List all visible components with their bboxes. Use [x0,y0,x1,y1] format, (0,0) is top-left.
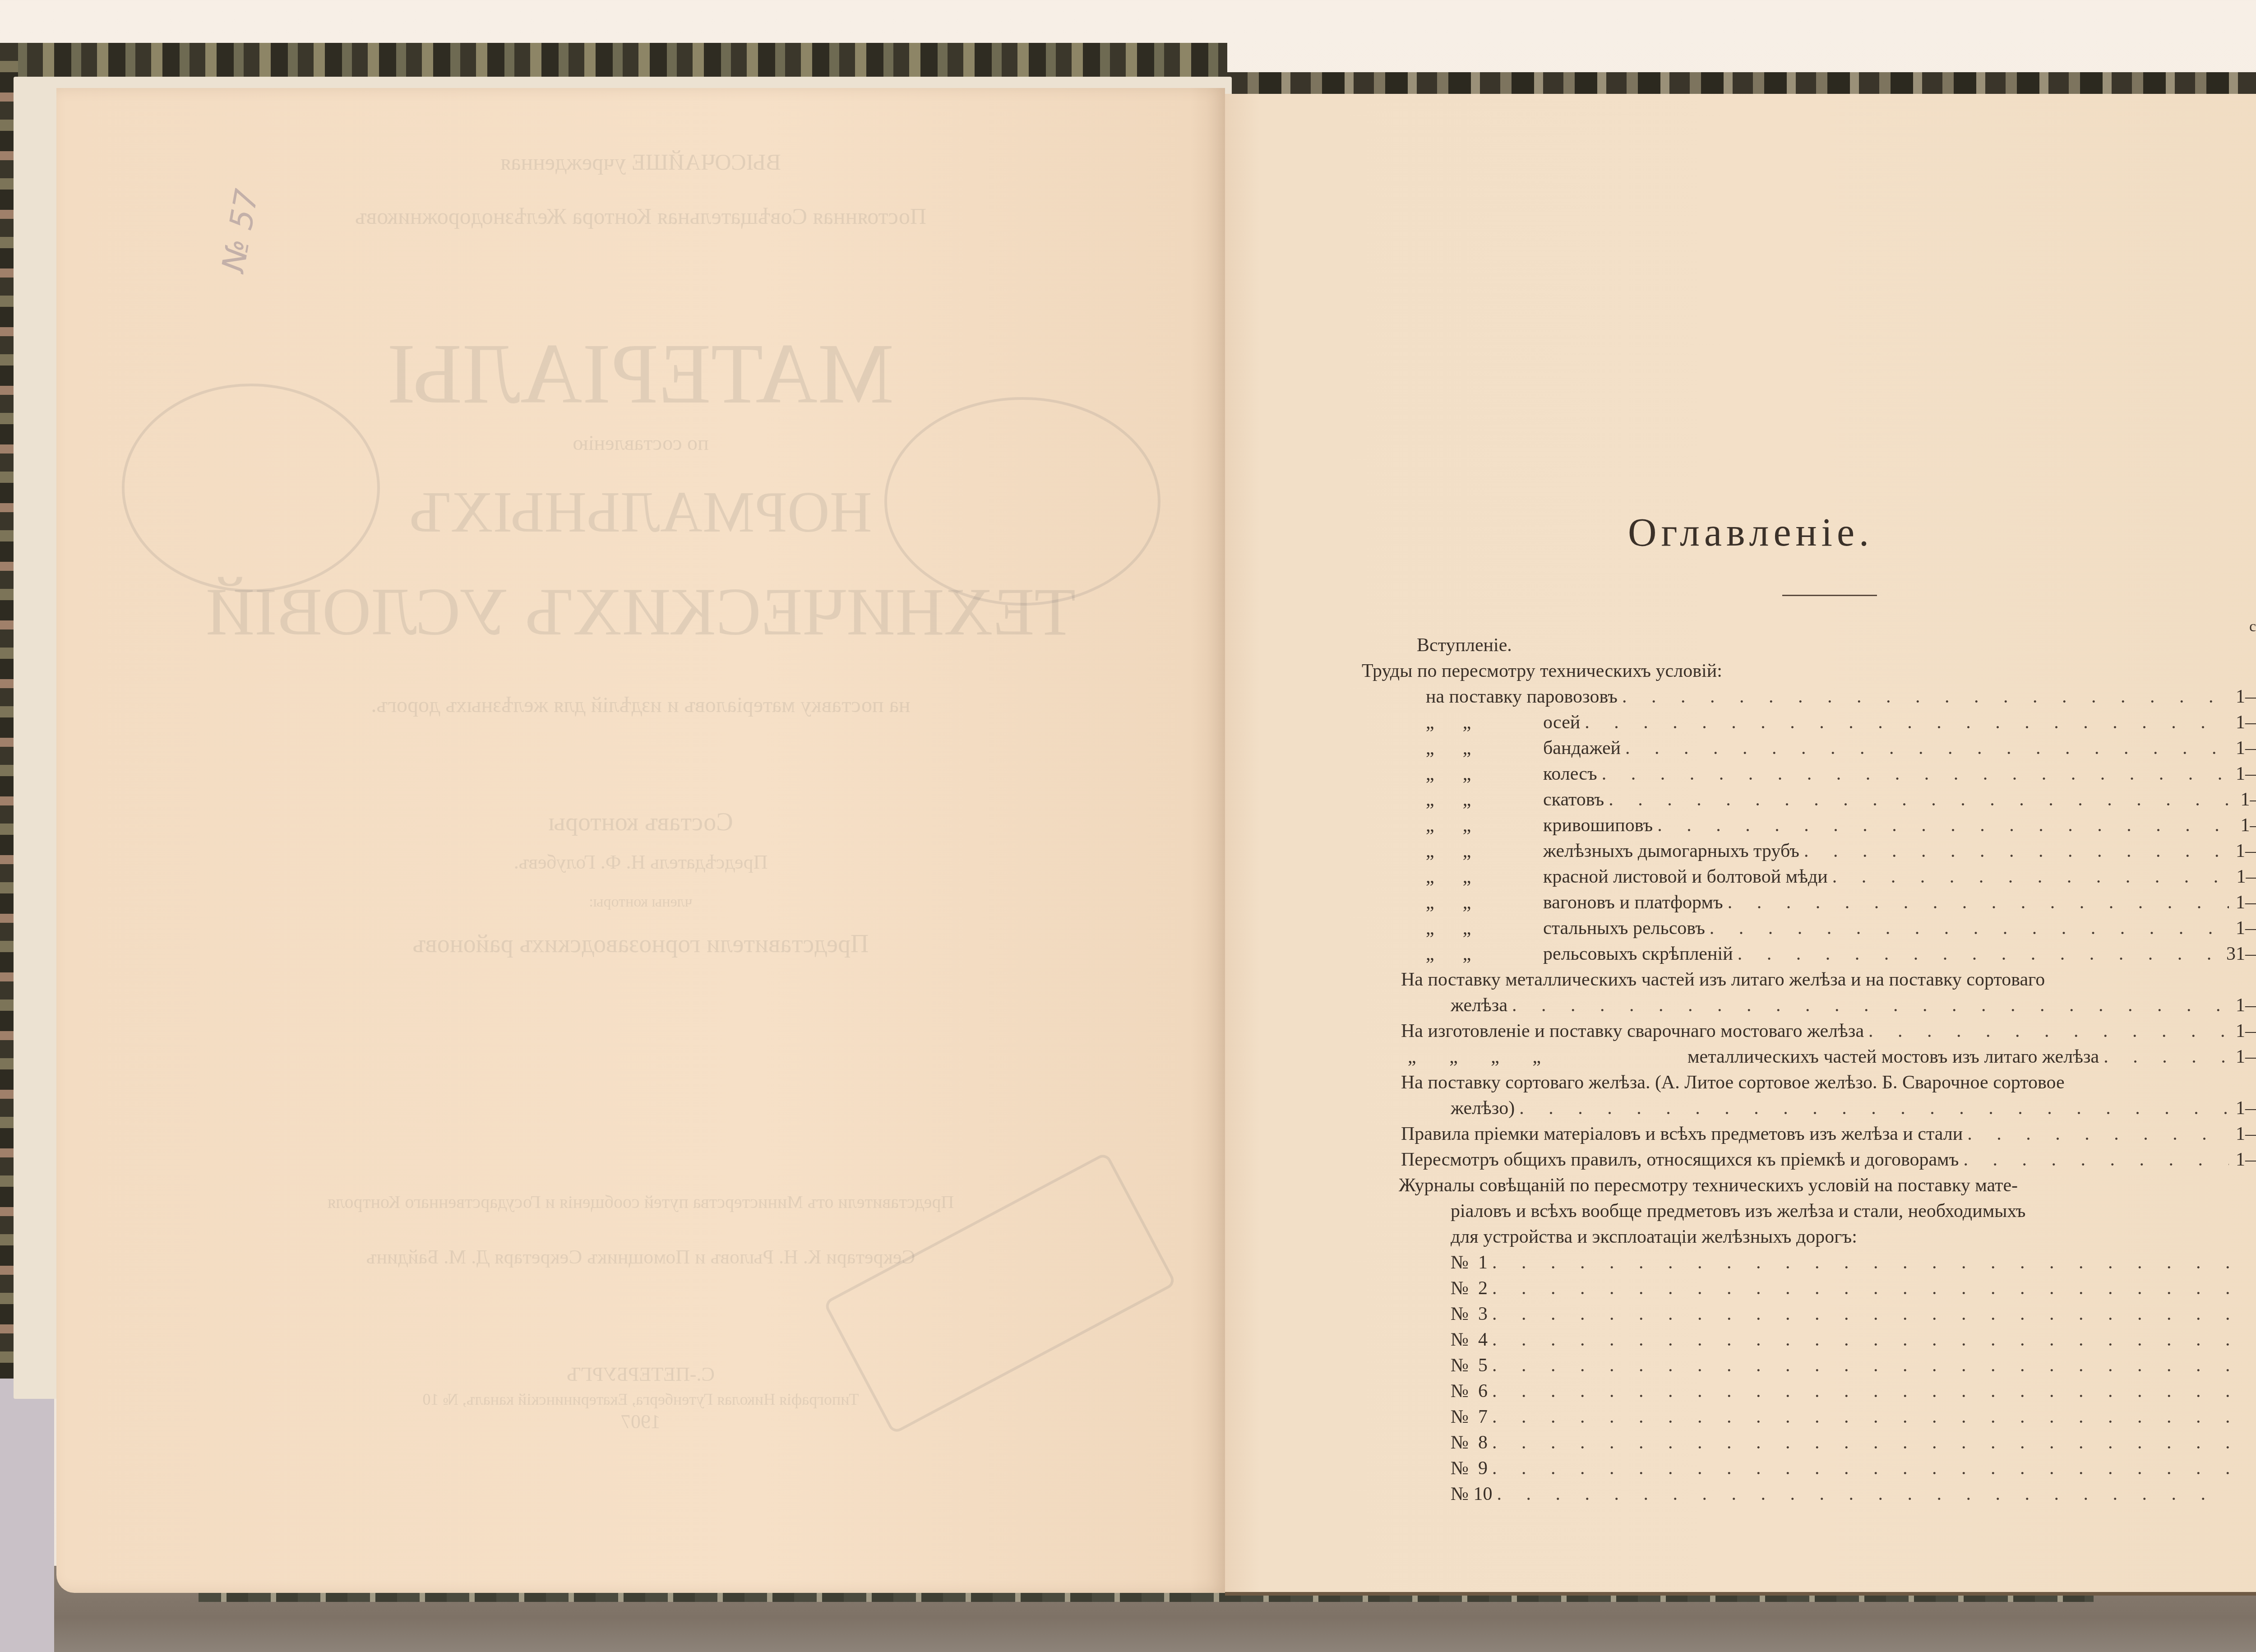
dot-leader [1492,1301,2229,1327]
toc-entry-label: № 7 [1451,1404,1488,1430]
toc-entry-label: колесъ [1543,761,1597,787]
toc-entry-pages: 9 [2233,1276,2256,1301]
toc-entry-pages: 31 [2233,1353,2256,1379]
toc-entry: „ „стальныхъ рельсовъ1—30 [1426,916,2256,941]
toc-entry: для устройства и эксплоатаціи желѣзныхъ … [1451,1224,1857,1250]
toc-entry-pages: 1—22 [2233,890,2256,916]
dot-leader [1602,761,2229,787]
ditto-marks: „ „ [1426,813,1543,838]
toc-entry-label: бандажей [1543,736,1621,761]
dot-leader [1492,1353,2229,1379]
dot-leader [1609,787,2229,813]
dot-leader [1492,1276,2229,1301]
dot-leader [1622,684,2229,710]
toc-entry: На изготовленіе и поставку сварочнаго мо… [1401,1018,2256,1044]
dot-leader [1657,813,2229,838]
toc-entry: „ „осей1—10 [1426,710,2256,736]
toc-entry: Журналы совѣщаній по пересмотру техничес… [1399,1173,2018,1199]
toc-entry-pages: 1—30 [2233,916,2256,941]
toc-entry-label: металлическихъ частей мостовъ изъ литаго… [1687,1044,2099,1070]
toc-entry-pages: 63 [2233,1456,2256,1481]
page-column-header: стр. [2249,618,2256,635]
toc-entry-label: № 9 [1451,1456,1488,1481]
toc-entry-label: Правила пріемки матеріаловъ и всѣхъ пред… [1401,1121,1963,1147]
toc-entry-label: № 10 [1451,1481,1493,1507]
title-rule [1782,595,1877,596]
toc-entry-label: № 3 [1451,1301,1488,1327]
ditto-marks: „ „ [1426,941,1543,967]
toc-entry-pages: 1—80 [2233,684,2256,710]
toc-entry: „ „ „ „металлическихъ частей мостовъ изъ… [1408,1044,2256,1070]
dot-leader [1804,838,2229,864]
dot-leader [1967,1121,2229,1147]
toc-entry-pages: 1—11 [2233,864,2256,890]
dot-leader [1728,890,2229,916]
dot-leader [1492,1430,2229,1456]
toc-entry-label: Труды по пересмотру техническихъ условій… [1362,658,1722,684]
toc-entry-label: № 8 [1451,1430,1488,1456]
toc-entry: На поставку сортоваго желѣза. (А. Литое … [1401,1070,2065,1096]
toc-entry: „ „красной листовой и болтовой мѣди1—11 [1426,864,2256,890]
show-through-line: Типографія Николая Гутенберга, Екатерини… [117,1390,1164,1409]
toc-entry-label: Вступленіе. [1417,633,1512,658]
ditto-marks: „ „ „ „ [1408,1044,1687,1070]
toc-entry: На поставку металлическихъ частей изъ ли… [1401,967,2045,993]
toc-entry-label: для устройства и эксплоатаціи желѣзныхъ … [1451,1224,1857,1250]
toc-entry: № 315 [1451,1301,2256,1327]
toc-entry-pages: 1—20 [2233,838,2256,864]
toc-entry-label: рельсовыхъ скрѣпленій [1543,941,1733,967]
toc-entry-pages: 1 [2233,1250,2256,1276]
show-through-line: члены конторы: [117,893,1164,911]
ditto-marks: „ „ [1426,838,1543,864]
toc-entry-label: скатовъ [1543,787,1604,813]
toc-entry-label: на поставку паровозовъ [1426,684,1618,710]
toc-entry-label: № 4 [1451,1327,1488,1353]
toc-entry-label: № 6 [1451,1379,1488,1404]
toc-entry-pages: 15 [2233,1301,2256,1327]
toc-entry: „ „желѣзныхъ дымогарныхъ трубъ1—20 [1426,838,2256,864]
dot-leader [1868,1018,2229,1044]
dot-leader [1492,1250,2229,1276]
dot-leader [1963,1147,2229,1173]
show-through-line: Представители горнозаводскихъ районовъ [117,930,1164,958]
toc-entry-pages: 1—10 [2233,736,2256,761]
dot-leader [1497,1481,2229,1507]
dot-leader [1492,1456,2229,1481]
toc-entry-pages: 1—32 [2233,993,2256,1018]
ditto-marks: „ „ [1426,916,1543,941]
show-through-line: на поставку матеріаловъ и издѣлій для же… [117,693,1164,717]
cover-marbled-top-right [1227,72,2256,95]
show-through-line: Постоянная Совѣщательная Контора Желѣзно… [117,203,1164,229]
library-stamp-right [884,397,1160,606]
dot-leader [1519,1096,2229,1121]
toc-entry: Пересмотръ общихъ правилъ, относящихся к… [1401,1147,2256,1173]
library-stamp-left [122,384,380,592]
toc-entry-label: желѣзо) [1451,1096,1515,1121]
toc-entry-label: желѣзныхъ дымогарныхъ трубъ [1543,838,1799,864]
toc-entry: № 11 [1451,1250,2256,1276]
toc-entry: „ „бандажей1—10 [1426,736,2256,761]
toc-entry: № 639 [1451,1379,2256,1404]
dot-leader [1738,941,2222,967]
toc-entry: Вступленіе. [1417,633,1512,658]
show-through-line: Предсѣдатель Н. Ф. Голубевъ. [117,851,1164,874]
toc-entry: № 743 [1451,1404,2256,1430]
toc-entry-label: На поставку сортоваго желѣза. (А. Литое … [1401,1070,2065,1096]
cover-marbled-top-left [0,43,1227,79]
toc-entry-label: № 2 [1451,1276,1488,1301]
toc-entry-label: красной листовой и болтовой мѣди [1543,864,1828,890]
dot-leader [1492,1379,2229,1404]
toc-entry: желѣза1—32 [1451,993,2256,1018]
toc-entry-label: На изготовленіе и поставку сварочнаго мо… [1401,1018,1864,1044]
show-through-line: Составъ конторы [117,808,1164,837]
toc-entry-label: кривошиповъ [1543,813,1653,838]
ditto-marks: „ „ [1426,864,1543,890]
dot-leader [1832,864,2229,890]
toc-entry: „ „рельсовыхъ скрѣпленій31—70 [1426,941,2256,967]
toc-entry: Правила пріемки матеріаловъ и всѣхъ пред… [1401,1121,2256,1147]
toc-entry: № 29 [1451,1276,2256,1301]
toc-entry: „ „колесъ1—10 [1426,761,2256,787]
ditto-marks: „ „ [1426,710,1543,736]
toc-entry: Труды по пересмотру техническихъ условій… [1362,658,1722,684]
toc-entry: желѣзо)1—18 [1451,1096,2256,1121]
toc-entry-label: № 1 [1451,1250,1488,1276]
toc-entry-pages: 1—22 [2233,1044,2256,1070]
toc-entry: ріаловъ и всѣхъ вообще предметовъ изъ же… [1451,1199,2026,1224]
show-through-line: ВЫСОЧАЙШЕ учрежденная [117,149,1164,175]
dot-leader [2103,1044,2229,1070]
toc-entry: „ „вагоновъ и платформъ1—22 [1426,890,2256,916]
toc-entry-pages: 57 [2233,1430,2256,1456]
toc-entry-label: № 5 [1451,1353,1488,1379]
toc-entry: № 963 [1451,1456,2256,1481]
toc-entry-pages: 1— 3 [2233,813,2256,838]
toc-entry-pages: 39 [2233,1379,2256,1404]
dot-leader [1492,1327,2229,1353]
toc-entry: на поставку паровозовъ1—80 [1426,684,2256,710]
toc-entry-pages: 1—18 [2233,1096,2256,1121]
dot-leader [1625,736,2229,761]
toc-entry-label: Пересмотръ общихъ правилъ, относящихся к… [1401,1147,1959,1173]
toc-entry: „ „кривошиповъ1— 3 [1426,813,2256,838]
toc-entry-pages: 1—29 [2233,1018,2256,1044]
toc-entry-label: вагоновъ и платформъ [1543,890,1723,916]
toc-entry-pages: 1—10 [2233,710,2256,736]
toc-title: Оглавленіе. [1534,510,1967,555]
ditto-marks: „ „ [1426,736,1543,761]
toc-entry-pages: 1—46 [2233,1121,2256,1147]
toc-entry: № 531 [1451,1353,2256,1379]
toc-entry-label: осей [1543,710,1580,736]
toc-entry: № 423 [1451,1327,2256,1353]
toc-entry-pages: 1— 4 [2233,787,2256,813]
toc-entry-pages: 31—70 [2226,941,2256,967]
toc-entry-pages: 69 [2233,1481,2256,1507]
toc-entry-pages: 23 [2233,1327,2256,1353]
ditto-marks: „ „ [1426,787,1543,813]
toc-entry: „ „скатовъ1— 4 [1426,787,2256,813]
toc-entry: № 1069 [1451,1481,2256,1507]
toc-entry-label: На поставку металлическихъ частей изъ ли… [1401,967,2045,993]
dot-leader [1512,993,2229,1018]
toc-entry-pages: 1—48 [2233,1147,2256,1173]
toc-entry-label: Журналы совѣщаній по пересмотру техничес… [1399,1173,2018,1199]
dot-leader [1585,710,2229,736]
toc-entry-pages: 1—10 [2233,761,2256,787]
toc-entry-pages: 43 [2233,1404,2256,1430]
toc-entry-label: ріаловъ и всѣхъ вообще предметовъ изъ же… [1451,1199,2026,1224]
ditto-marks: „ „ [1426,890,1543,916]
toc-entry: № 857 [1451,1430,2256,1456]
ditto-marks: „ „ [1426,761,1543,787]
dot-leader [1492,1404,2229,1430]
toc-entry-label: желѣза [1451,993,1507,1018]
toc-entry-label: стальныхъ рельсовъ [1543,916,1705,941]
show-through-line: 1907 [117,1410,1164,1433]
dot-leader [1710,916,2229,941]
